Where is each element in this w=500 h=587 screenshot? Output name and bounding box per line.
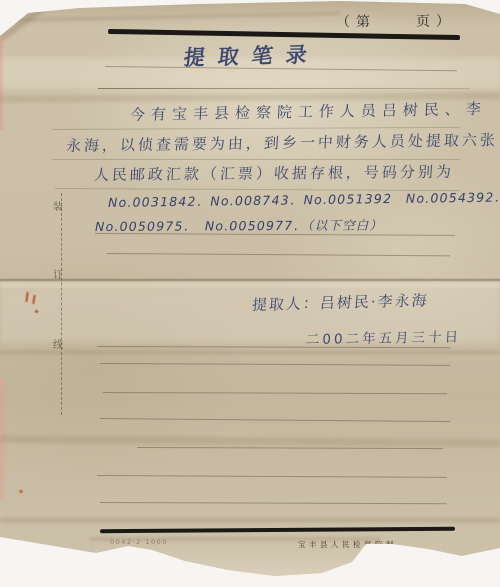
ruled-line — [103, 392, 447, 394]
serial-numbers-line: No.0050975． No.0050977．（以下空白） — [95, 215, 383, 235]
paper-sheet: （第 页） 提取笔录 今有宝丰县检察院工作人员吕树民、李 永海，以侦查需要为由，… — [0, 0, 500, 587]
footer-issuer: 宝丰县人民检察院制 — [298, 539, 397, 550]
crease — [0, 518, 500, 522]
bottom-rule-bar — [100, 527, 455, 533]
ruled-line — [98, 88, 470, 89]
binding-dashed-line — [61, 193, 62, 415]
red-ink-dot — [35, 310, 38, 313]
scanned-document: （第 页） 提取笔录 今有宝丰县检察院工作人员吕树民、李 永海，以侦查需要为由，… — [0, 0, 500, 587]
ruled-line — [52, 159, 460, 160]
crease-strong — [0, 279, 500, 281]
red-ink-dot — [19, 490, 23, 493]
crease — [0, 351, 500, 354]
body-line: 今有宝丰县检察院工作人员吕树民、李 — [129, 98, 487, 125]
ruled-line — [137, 447, 443, 449]
serial-numbers-line: No.0031842．No.008743．No.0051392 No.00543… — [108, 187, 500, 211]
ruled-line — [100, 502, 447, 504]
ruled-line — [97, 475, 447, 478]
page-number-label: （第 页） — [336, 10, 456, 31]
body-line: 永海，以侦查需要为由，到乡一中财务人员处提取六张 — [65, 129, 498, 156]
crease — [0, 435, 500, 447]
body-line: 人民邮政汇款（汇票）收据存根，号码分别为 — [93, 161, 454, 185]
ruled-line — [100, 363, 450, 366]
date-line: 二00二年五月三十日 — [305, 325, 461, 348]
binding-char: 装 — [53, 198, 63, 213]
ruled-line — [100, 418, 450, 422]
footer-print-info: 0042·2·1000 — [110, 538, 168, 546]
binding-char: 订 — [53, 266, 63, 281]
binding-char: 线 — [53, 336, 63, 351]
ruled-line — [107, 253, 450, 256]
